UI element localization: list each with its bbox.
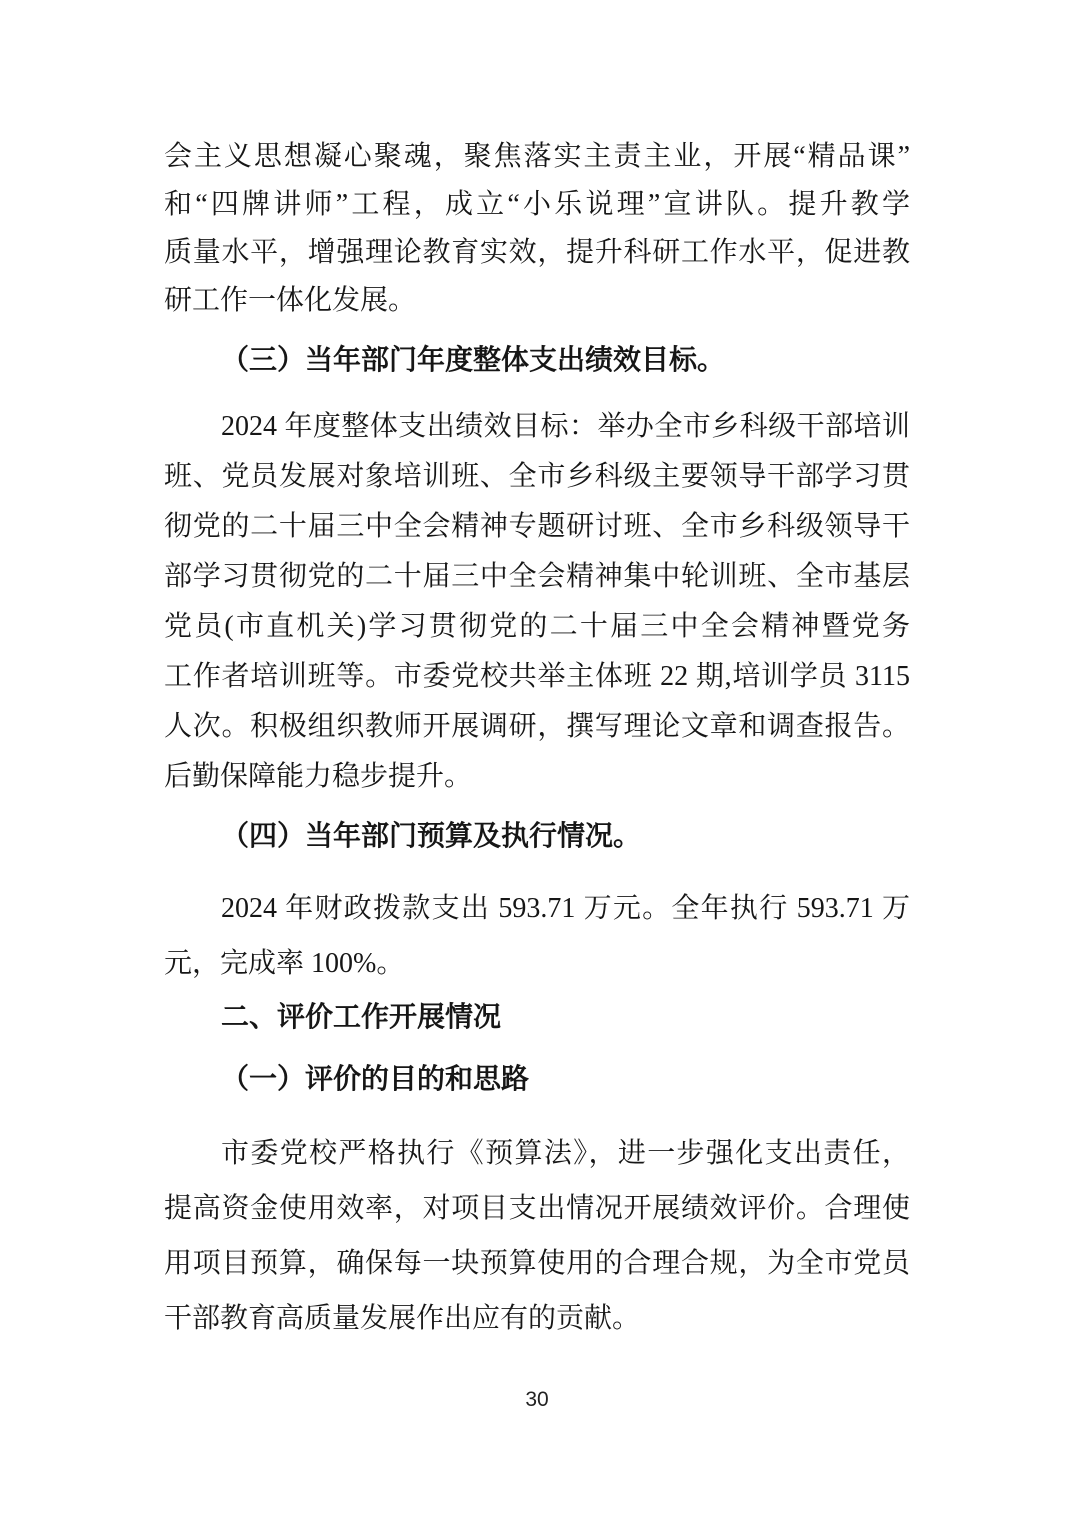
body-paragraph-subsection-1: 市委党校严格执行《预算法》，进一步强化支出责任， 提高资金使用效率，对项目支出情… bbox=[164, 1126, 910, 1346]
body-line: 彻党的二十届三中全会精神专题研讨班、全市乡科级领导干 bbox=[164, 502, 910, 552]
subsection-heading-4: （四）当年部门预算及执行情况。 bbox=[164, 813, 910, 861]
subsection-heading-3-text: （三）当年部门年度整体支出绩效目标。 bbox=[164, 337, 910, 385]
body-line: 党员(市直机关)学习贯彻党的二十届三中全会精神暨党务 bbox=[164, 602, 910, 652]
part-2-heading: 二、评价工作开展情况 bbox=[164, 992, 910, 1042]
body-line: 人次。积极组织教师开展调研，撰写理论文章和调查报告。 bbox=[164, 702, 910, 752]
body-line: 市委党校严格执行《预算法》，进一步强化支出责任， bbox=[164, 1126, 910, 1181]
body-paragraph-section-4: 2024 年财政拨款支出 593.71 万元。全年执行 593.71 万 元，完… bbox=[164, 881, 910, 991]
body-paragraph-continuation: 会主义思想凝心聚魂，聚焦落实主责主业，开展“精品课” 和“四牌讲师”工程，成立“… bbox=[164, 133, 910, 325]
body-line: 工作者培训班等。市委党校共举主体班 22 期,培训学员 3115 bbox=[164, 652, 910, 702]
body-line: 班、党员发展对象培训班、全市乡科级主要领导干部学习贯 bbox=[164, 452, 910, 502]
body-line: 会主义思想凝心聚魂，聚焦落实主责主业，开展“精品课” bbox=[164, 133, 910, 181]
subsection-heading-1-text: （一）评价的目的和思路 bbox=[164, 1055, 910, 1105]
subsection-heading-1: （一）评价的目的和思路 bbox=[164, 1055, 910, 1105]
body-line: 部学习贯彻党的二十届三中全会精神集中轮训班、全市基层 bbox=[164, 552, 910, 602]
body-line: 元，完成率 100%。 bbox=[164, 936, 910, 991]
page-number: 30 bbox=[0, 1388, 1074, 1412]
body-line: 质量水平，增强理论教育实效，提升科研工作水平，促进教 bbox=[164, 229, 910, 277]
subsection-heading-3: （三）当年部门年度整体支出绩效目标。 bbox=[164, 337, 910, 385]
body-line: 干部教育高质量发展作出应有的贡献。 bbox=[164, 1291, 910, 1346]
document-page: 会主义思想凝心聚魂，聚焦落实主责主业，开展“精品课” 和“四牌讲师”工程，成立“… bbox=[0, 0, 1074, 1520]
body-line: 用项目预算，确保每一块预算使用的合理合规，为全市党员 bbox=[164, 1236, 910, 1291]
subsection-heading-4-text: （四）当年部门预算及执行情况。 bbox=[164, 813, 910, 861]
body-line: 研工作一体化发展。 bbox=[164, 277, 910, 325]
body-paragraph-section-3: 2024 年度整体支出绩效目标：举办全市乡科级干部培训 班、党员发展对象培训班、… bbox=[164, 402, 910, 802]
body-line: 提高资金使用效率，对项目支出情况开展绩效评价。合理使 bbox=[164, 1181, 910, 1236]
body-line: 后勤保障能力稳步提升。 bbox=[164, 752, 910, 802]
body-line: 和“四牌讲师”工程，成立“小乐说理”宣讲队。提升教学 bbox=[164, 181, 910, 229]
body-line: 2024 年财政拨款支出 593.71 万元。全年执行 593.71 万 bbox=[164, 881, 910, 936]
part-2-heading-text: 二、评价工作开展情况 bbox=[164, 992, 910, 1042]
body-line: 2024 年度整体支出绩效目标：举办全市乡科级干部培训 bbox=[164, 402, 910, 452]
